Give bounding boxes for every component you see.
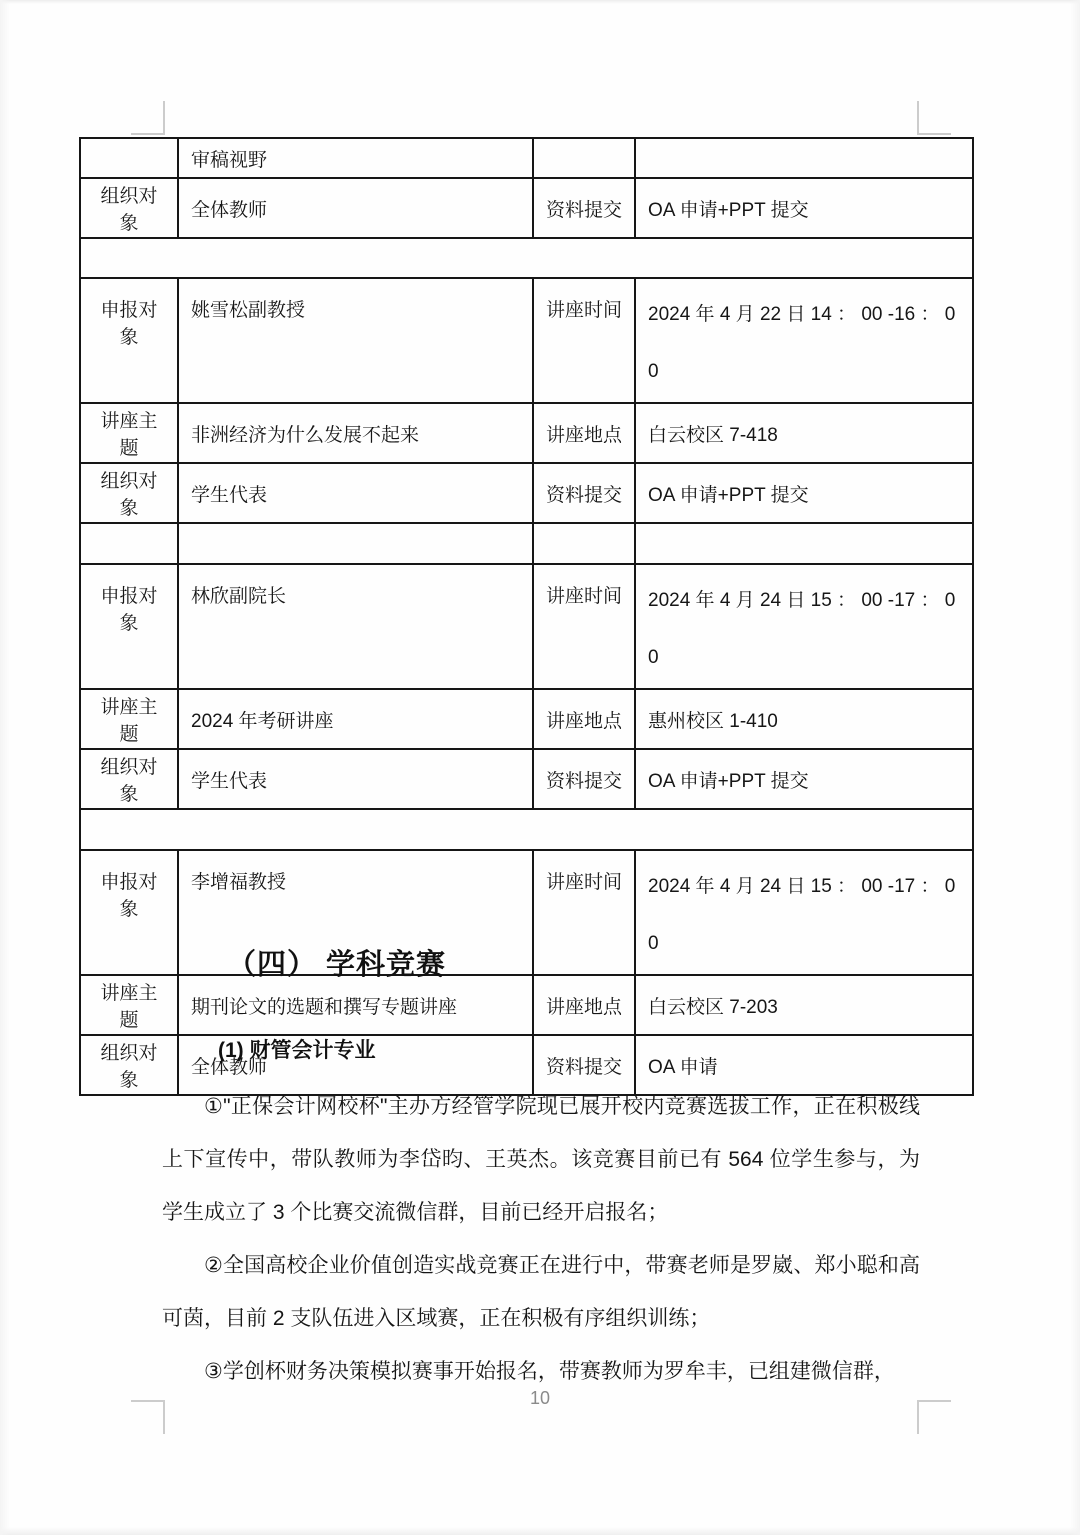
scan-edge-shading-left <box>0 0 10 1535</box>
table-cell-value: OA 申请+PPT 提交 <box>635 178 973 238</box>
table-cell-value: 2024 年考研讲座 <box>178 689 533 749</box>
table-row: 申报对象 李增福教授 讲座时间 2024 年 4 月 24 日 15 ： 00 … <box>80 850 973 975</box>
table-cell-value: 学生代表 <box>178 463 533 523</box>
table-row: 讲座主题 2024 年考研讲座 讲座地点 惠州校区 1-410 <box>80 689 973 749</box>
table-row: 申报对象 姚雪松副教授 讲座时间 2024 年 4 月 22 日 14 ： 00… <box>80 278 973 403</box>
page-number: 10 <box>0 1388 1080 1409</box>
table-cell-value: 惠州校区 1-410 <box>635 689 973 749</box>
table-cell-value: 期刊论文的选题和撰写专题讲座 <box>178 975 533 1035</box>
table-cell-value <box>635 138 973 178</box>
crop-mark-top-left <box>131 101 165 135</box>
subsection-heading: (1) 财管会计专业 <box>218 1038 376 1063</box>
table-cell-label: 讲座时间 <box>533 850 635 975</box>
table-cell-value: 2024 年 4 月 24 日 15 ： 00 -17 ： 00 <box>635 850 973 975</box>
table-cell-value: 2024 年 4 月 24 日 15 ： 00 -17 ： 00 <box>635 564 973 689</box>
table-cell-label: 讲座主题 <box>80 689 178 749</box>
table-cell-label: 组织对象 <box>80 463 178 523</box>
section-heading: （四） 学科竞赛 <box>227 948 446 982</box>
table-cell-label: 资料提交 <box>533 463 635 523</box>
scan-edge-shading-bottom <box>0 1527 1080 1535</box>
table-row: 讲座主题 期刊论文的选题和撰写专题讲座 讲座地点 白云校区 7-203 <box>80 975 973 1035</box>
table-row-spacer <box>80 809 973 850</box>
body-paragraph: ②全国高校企业价值创造实战竞赛正在进行中，带赛老师是罗崴、郑小聪和高可茵，目前 … <box>162 1239 920 1345</box>
table-cell-value <box>178 523 533 564</box>
table-cell-label <box>80 523 178 564</box>
table-cell-value: OA 申请+PPT 提交 <box>635 749 973 809</box>
lecture-info-table: 审稿视野 组织对象 全体教师 资料提交 OA 申请+PPT 提交 申报对象 姚雪… <box>79 137 974 1096</box>
table-cell-value: 全体教师 <box>178 178 533 238</box>
table-cell-label: 讲座地点 <box>533 975 635 1035</box>
table-cell-label <box>80 138 178 178</box>
table-row: 组织对象 学生代表 资料提交 OA 申请+PPT 提交 <box>80 749 973 809</box>
table-cell-value: 林欣副院长 <box>178 564 533 689</box>
table-cell-value: 白云校区 7-418 <box>635 403 973 463</box>
table-cell-label: 讲座时间 <box>533 564 635 689</box>
table-row-spacer <box>80 523 973 564</box>
scan-edge-shading-top <box>0 0 1080 4</box>
table-cell-label: 组织对象 <box>80 178 178 238</box>
table-cell-label <box>533 523 635 564</box>
table-cell-label: 资料提交 <box>533 178 635 238</box>
table-cell-value: 学生代表 <box>178 749 533 809</box>
table-cell-label: 资料提交 <box>533 749 635 809</box>
table-row: 讲座主题 非洲经济为什么发展不起来 讲座地点 白云校区 7-418 <box>80 403 973 463</box>
table-cell-merged <box>80 238 973 278</box>
table-cell-label: 讲座时间 <box>533 278 635 403</box>
table-cell-value: 审稿视野 <box>178 138 533 178</box>
table-cell-label: 申报对象 <box>80 278 178 403</box>
table-row: 组织对象 全体教师 资料提交 OA 申请+PPT 提交 <box>80 178 973 238</box>
table-cell-label: 申报对象 <box>80 850 178 975</box>
table-cell-label: 组织对象 <box>80 749 178 809</box>
table-cell-label: 讲座主题 <box>80 403 178 463</box>
table-cell-label: 申报对象 <box>80 564 178 689</box>
table-row: 审稿视野 <box>80 138 973 178</box>
table-cell-label: 讲座地点 <box>533 689 635 749</box>
table-row-spacer <box>80 238 973 278</box>
table-cell-label <box>533 138 635 178</box>
table-cell-value: 白云校区 7-203 <box>635 975 973 1035</box>
table-cell-value: 姚雪松副教授 <box>178 278 533 403</box>
table-cell-value: 2024 年 4 月 22 日 14 ： 00 -16 ： 00 <box>635 278 973 403</box>
scan-edge-shading-right <box>1070 0 1080 1535</box>
table-cell-value: 非洲经济为什么发展不起来 <box>178 403 533 463</box>
table-row: 申报对象 林欣副院长 讲座时间 2024 年 4 月 24 日 15 ： 00 … <box>80 564 973 689</box>
table-row: 组织对象 学生代表 资料提交 OA 申请+PPT 提交 <box>80 463 973 523</box>
table-cell-label: 讲座主题 <box>80 975 178 1035</box>
table-cell-value: OA 申请+PPT 提交 <box>635 463 973 523</box>
table-cell-value <box>635 523 973 564</box>
crop-mark-top-right <box>917 101 951 135</box>
body-paragraph: ①"正保会计网校杯"主办方经管学院现已展开校内竞赛选拔工作，正在积极线上下宣传中… <box>162 1080 920 1239</box>
table-cell-label: 讲座地点 <box>533 403 635 463</box>
body-text-block: ①"正保会计网校杯"主办方经管学院现已展开校内竞赛选拔工作，正在积极线上下宣传中… <box>162 1080 920 1398</box>
document-page: 审稿视野 组织对象 全体教师 资料提交 OA 申请+PPT 提交 申报对象 姚雪… <box>0 0 1080 1535</box>
table-cell-merged <box>80 809 973 850</box>
